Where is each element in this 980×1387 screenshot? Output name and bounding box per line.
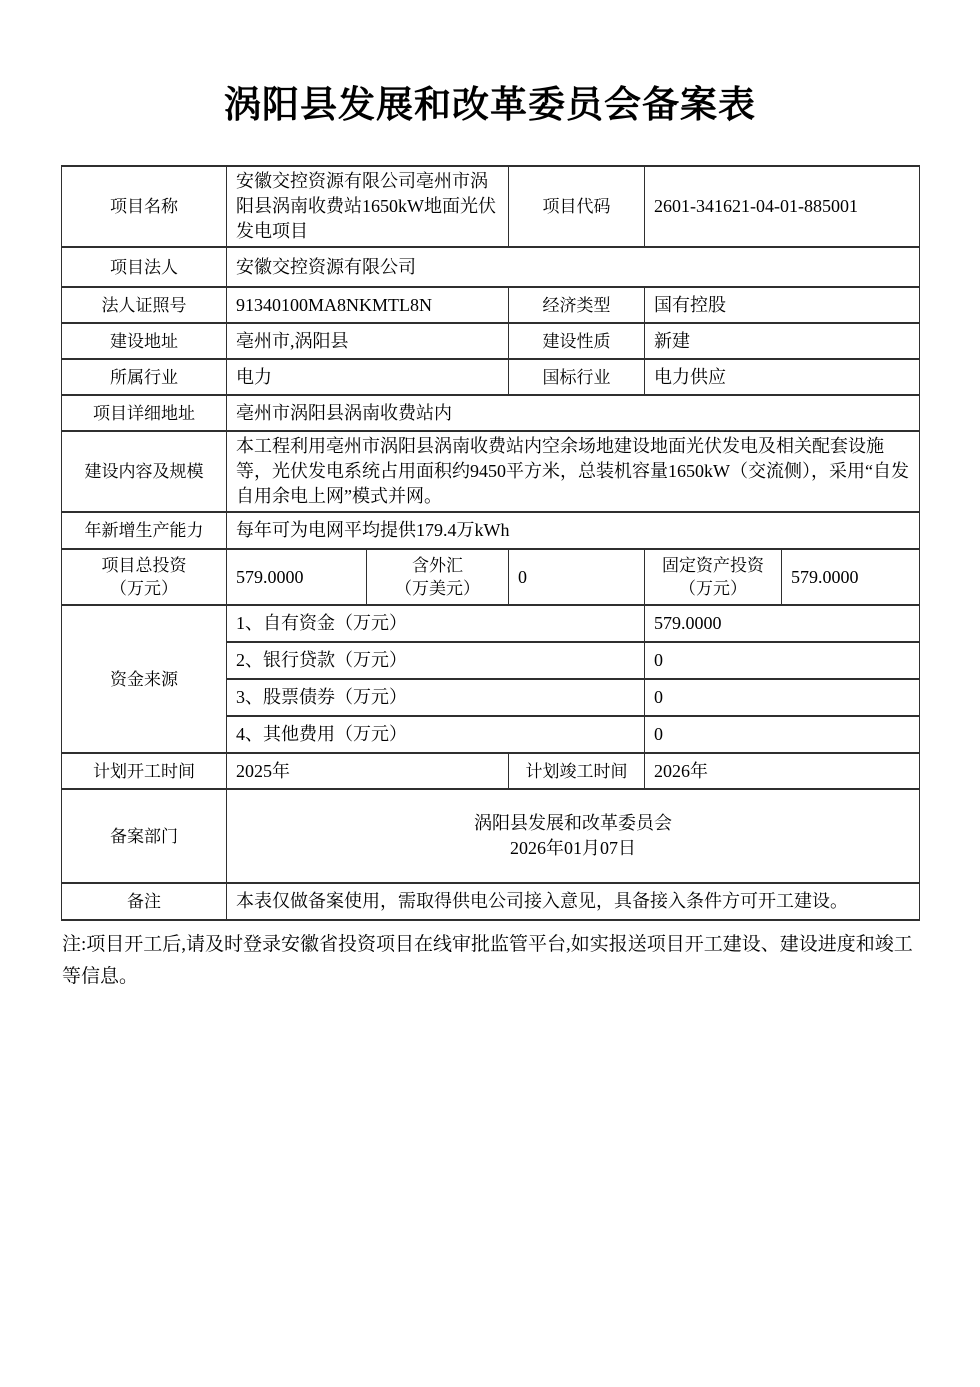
- funding-item-name: 2、银行贷款（万元）: [227, 642, 645, 679]
- row-construction-address: 建设地址 亳州市,涡阳县 建设性质 新建: [62, 323, 920, 359]
- row-remarks: 备注 本表仅做备案使用，需取得供电公司接入意见，具备接入条件方可开工建设。: [62, 883, 920, 920]
- row-investment: 项目总投资 （万元） 579.0000 含外汇 （万美元） 0 固定资产投资 （…: [62, 549, 920, 605]
- license-no-value: 91340100MA8NKMTL8N: [227, 287, 509, 323]
- row-funding-1: 资金来源 1、自有资金（万元） 579.0000: [62, 605, 920, 642]
- detailed-address-value: 亳州市涡阳县涡南收费站内: [227, 395, 920, 431]
- row-schedule: 计划开工时间 2025年 计划竣工时间 2026年: [62, 753, 920, 789]
- row-industry: 所属行业 电力 国标行业 电力供应: [62, 359, 920, 395]
- national-industry-value: 电力供应: [645, 359, 920, 395]
- row-project-name: 项目名称 安徽交控资源有限公司亳州市涡阳县涡南收费站1650kW地面光伏发电项目…: [62, 166, 920, 247]
- row-annual-capacity: 年新增生产能力 每年可为电网平均提供179.4万kWh: [62, 512, 920, 549]
- foreign-exchange-label: 含外汇 （万美元）: [367, 549, 509, 605]
- project-code-value: 2601-341621-04-01-885001: [645, 166, 920, 247]
- fixed-assets-value: 579.0000: [782, 549, 920, 605]
- remarks-value: 本表仅做备案使用，需取得供电公司接入意见，具备接入条件方可开工建设。: [227, 883, 920, 920]
- planned-completion-value: 2026年: [645, 753, 920, 789]
- filing-date: 2026年01月07日: [236, 836, 910, 861]
- row-filing-department: 备案部门 涡阳县发展和改革委员会 2026年01月07日: [62, 789, 920, 883]
- project-name-value: 安徽交控资源有限公司亳州市涡阳县涡南收费站1650kW地面光伏发电项目: [227, 166, 509, 247]
- foreign-exchange-label-line1: 含外汇: [370, 554, 505, 577]
- row-license-no: 法人证照号 91340100MA8NKMTL8N 经济类型 国有控股: [62, 287, 920, 323]
- remarks-label: 备注: [62, 883, 227, 920]
- scale-label: 建设内容及规模: [62, 431, 227, 512]
- row-legal-person: 项目法人 安徽交控资源有限公司: [62, 247, 920, 287]
- national-industry-label: 国标行业: [509, 359, 645, 395]
- funding-item-name: 3、股票债券（万元）: [227, 679, 645, 716]
- filing-department-name: 涡阳县发展和改革委员会: [236, 811, 910, 836]
- funding-item-value: 0: [645, 642, 920, 679]
- document-title: 涡阳县发展和改革委员会备案表: [0, 74, 980, 128]
- fixed-assets-label: 固定资产投资 （万元）: [645, 549, 782, 605]
- funding-item-value: 0: [645, 716, 920, 753]
- footnote: 注:项目开工后,请及时登录安徽省投资项目在线审批监管平台,如实报送项目开工建设、…: [62, 929, 922, 993]
- industry-value: 电力: [227, 359, 509, 395]
- funding-item-name: 1、自有资金（万元）: [227, 605, 645, 642]
- row-detailed-address: 项目详细地址 亳州市涡阳县涡南收费站内: [62, 395, 920, 431]
- fixed-assets-label-line2: （万元）: [648, 577, 778, 600]
- annual-capacity-value: 每年可为电网平均提供179.4万kWh: [227, 512, 920, 549]
- industry-label: 所属行业: [62, 359, 227, 395]
- total-investment-label-line1: 项目总投资: [65, 554, 223, 577]
- license-no-label: 法人证照号: [62, 287, 227, 323]
- economic-type-value: 国有控股: [645, 287, 920, 323]
- project-code-label: 项目代码: [509, 166, 645, 247]
- construction-nature-label: 建设性质: [509, 323, 645, 359]
- detailed-address-label: 项目详细地址: [62, 395, 227, 431]
- project-name-label: 项目名称: [62, 166, 227, 247]
- annual-capacity-label: 年新增生产能力: [62, 512, 227, 549]
- scale-value: 本工程利用亳州市涡阳县涡南收费站内空余场地建设地面光伏发电及相关配套设施等，光伏…: [227, 431, 920, 512]
- funding-source-label: 资金来源: [62, 605, 227, 753]
- filing-table: 项目名称 安徽交控资源有限公司亳州市涡阳县涡南收费站1650kW地面光伏发电项目…: [61, 165, 920, 921]
- funding-item-value: 579.0000: [645, 605, 920, 642]
- funding-item-value: 0: [645, 679, 920, 716]
- planned-start-value: 2025年: [227, 753, 509, 789]
- legal-person-value: 安徽交控资源有限公司: [227, 247, 920, 287]
- total-investment-label: 项目总投资 （万元）: [62, 549, 227, 605]
- planned-start-label: 计划开工时间: [62, 753, 227, 789]
- total-investment-value: 579.0000: [227, 549, 367, 605]
- row-scale: 建设内容及规模 本工程利用亳州市涡阳县涡南收费站内空余场地建设地面光伏发电及相关…: [62, 431, 920, 512]
- foreign-exchange-value: 0: [509, 549, 645, 605]
- fixed-assets-label-line1: 固定资产投资: [648, 554, 778, 577]
- foreign-exchange-label-line2: （万美元）: [370, 577, 505, 600]
- construction-address-value: 亳州市,涡阳县: [227, 323, 509, 359]
- document-page: 涡阳县发展和改革委员会备案表 项目名称 安徽交控资源有限公司亳州市涡阳县涡南收费…: [0, 0, 980, 1387]
- filing-department-label: 备案部门: [62, 789, 227, 883]
- economic-type-label: 经济类型: [509, 287, 645, 323]
- filing-department-value: 涡阳县发展和改革委员会 2026年01月07日: [227, 789, 920, 883]
- legal-person-label: 项目法人: [62, 247, 227, 287]
- construction-nature-value: 新建: [645, 323, 920, 359]
- planned-completion-label: 计划竣工时间: [509, 753, 645, 789]
- funding-item-name: 4、其他费用（万元）: [227, 716, 645, 753]
- total-investment-label-line2: （万元）: [65, 577, 223, 600]
- construction-address-label: 建设地址: [62, 323, 227, 359]
